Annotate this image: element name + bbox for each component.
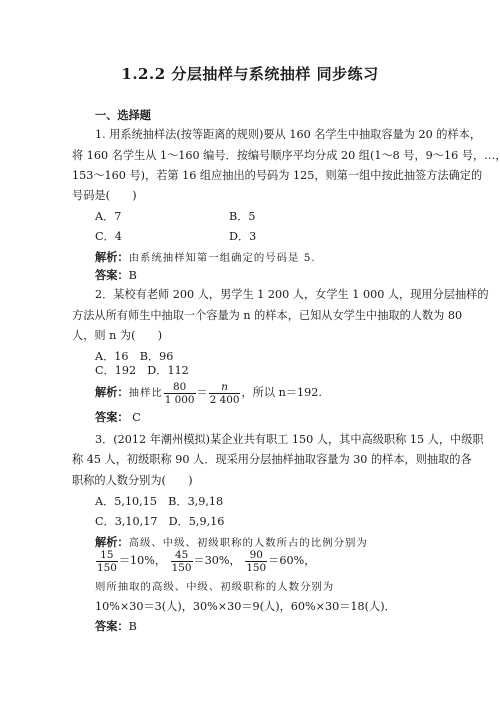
q3-fractions: 15150＝10%， 45150＝30%， 90150＝60%， (95, 548, 315, 574)
q1-option-b: B．5 (229, 210, 256, 224)
q3-options-row-2: C．3,10,17 D．5,9,16 (95, 515, 224, 529)
analysis-label: 解析： (95, 250, 129, 264)
page-title: 1.2.2 分层抽样与系统抽样 同步练习 (0, 63, 500, 84)
answer-label: 答案： (95, 410, 129, 424)
q2-line-2: 方法从所有师生中抽取一个容量为 n 的样本，已知从女学生中抽取的人数为 80 (72, 309, 462, 323)
q3-options-row-1: A．5,10,15 B．3,9,18 (95, 495, 223, 509)
q3-analysis-3: 10%×30＝3(人)，30%×30＝9(人)，60%×30＝18(人)． (95, 600, 396, 614)
denominator: 2 400 (209, 394, 241, 406)
fraction: 90150 (245, 549, 267, 574)
answer-value: C (132, 411, 141, 424)
q2-options-row-1: A．16 B．96 (95, 350, 173, 364)
q2-line-3: 人，则 n 为( ) (72, 329, 162, 343)
q1-analysis: 解析：由系统抽样知第一组确定的号码是 5. (95, 250, 316, 265)
q1-options-row-1: A．7 B．5 (95, 210, 121, 224)
q2-line-1: 2．某校有老师 200 人，男学生 1 200 人，女学生 1 000 人，现用… (95, 288, 489, 302)
analysis-text: 由系统抽样知第一组确定的号码是 5. (129, 252, 316, 264)
numerator: 80 (164, 381, 196, 394)
q1-line-4: 号码是( ) (72, 189, 137, 203)
answer-label: 答案： (95, 619, 129, 633)
numerator: n (209, 381, 241, 394)
analysis-prefix: 抽样比 (129, 387, 163, 399)
fraction: 15150 (96, 549, 118, 574)
denominator: 1 000 (164, 394, 196, 406)
q1-line-1: 1. 用系统抽样法(按等距离的规则)要从 160 名学生中抽取容量为 20 的样… (95, 128, 481, 142)
analysis-label: 解析： (95, 385, 129, 399)
analysis-suffix: ，所以 n＝192. (241, 386, 321, 399)
answer-value: B (129, 620, 137, 633)
answer-value: B (129, 269, 137, 282)
q3-line-2: 称 45 人，初级职称 90 人．现采用分层抽样抽取容量为 30 的样本，则抽取… (72, 453, 472, 467)
fraction: 45150 (171, 549, 193, 574)
q1-line-2: 将 160 名学生从 1～160 编号．按编号顺序平均分成 20 组(1～8 号… (72, 149, 500, 163)
q1-line-3: 153～160 号)，若第 16 组应抽出的号码为 125，则第一组中按此抽签方… (72, 169, 482, 183)
q1-option-a: A．7 (95, 210, 121, 223)
section-heading: 一、选择题 (95, 108, 151, 122)
fraction: n2 400 (209, 381, 241, 406)
analysis-label: 解析： (95, 535, 129, 549)
q1-answer: 答案：B (95, 268, 137, 283)
q2-answer: 答案： C (95, 410, 141, 425)
q1-option-d: D．3 (229, 230, 256, 244)
q2-analysis: 解析：抽样比801 000＝n2 400，所以 n＝192. (95, 379, 322, 406)
fraction: 801 000 (164, 381, 196, 406)
q3-line-3: 职称的人数分别为( ) (72, 474, 193, 488)
q1-option-c: C．4 (95, 230, 122, 243)
answer-label: 答案： (95, 268, 129, 282)
q3-line-1: 3．(2012 年潮州模拟)某企业共有职工 150 人，其中高级职称 15 人，… (95, 433, 484, 447)
q3-analysis-2: 则所抽取的高级、中级、初级职称的人数分别为 (95, 580, 334, 594)
q3-answer: 答案：B (95, 619, 137, 634)
q2-options-row-2: C．192 D．112 (95, 364, 189, 378)
q1-options-row-2: C．4 D．3 (95, 230, 122, 244)
